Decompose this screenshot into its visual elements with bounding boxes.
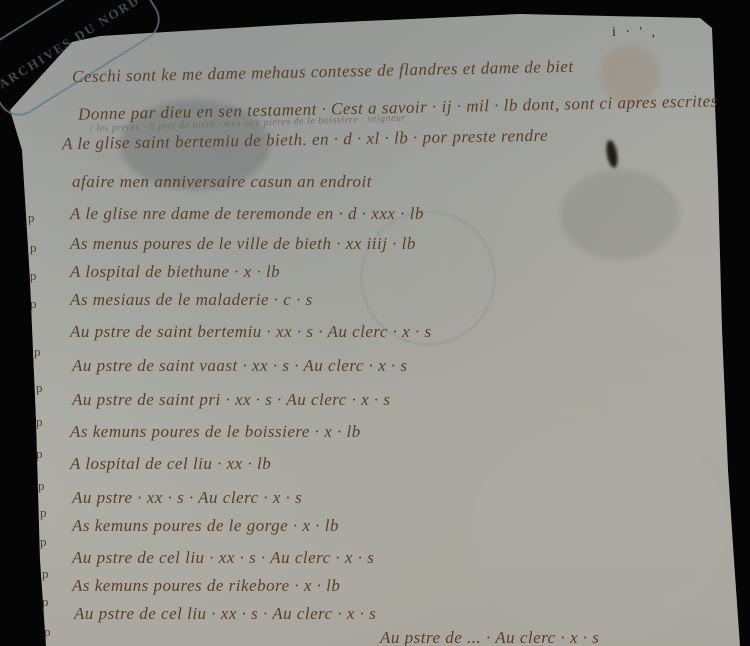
manuscript-line-11: Au pstre de saint pri · xx · s · Au cler… xyxy=(72,390,391,410)
manuscript-line-6: As menus poures de le ville de bieth · x… xyxy=(70,234,416,254)
manuscript-line-15: As kemuns poures de le gorge · x · lb xyxy=(72,516,339,536)
margin-marker: p xyxy=(40,505,47,521)
manuscript-line-16: Au pstre de cel liu · xx · s · Au clerc … xyxy=(72,548,374,568)
manuscript-photo: ARCHIVES DU NORD i · ' , Ceschi sont ke … xyxy=(0,0,750,646)
margin-marker: p xyxy=(30,268,37,284)
stain xyxy=(560,170,680,260)
manuscript-line-8: As mesiaus de le maladerie · c · s xyxy=(70,290,313,310)
manuscript-line-18: Au pstre de cel liu · xx · s · Au clerc … xyxy=(74,604,376,624)
manuscript-line-10: Au pstre de saint vaast · xx · s · Au cl… xyxy=(72,356,408,376)
margin-marker: p xyxy=(42,566,49,582)
manuscript-line-4: afaire men anniversaire casun an endroit xyxy=(72,172,372,192)
margin-marker: p xyxy=(36,446,43,462)
manuscript-line-17: As kemuns poures de rikebore · x · lb xyxy=(72,576,340,596)
margin-marker: p xyxy=(40,534,47,550)
margin-marker: p xyxy=(44,624,51,640)
manuscript-line-7: A lospital de biethune · x · lb xyxy=(70,262,280,282)
margin-marker: p xyxy=(28,210,35,226)
manuscript-line-14: Au pstre · xx · s · Au clerc · x · s xyxy=(72,488,302,508)
margin-marker: p xyxy=(38,478,45,494)
stain xyxy=(470,420,730,640)
margin-marker: p xyxy=(34,344,41,360)
margin-marker: p xyxy=(36,380,43,396)
corner-marks: i · ' , xyxy=(612,25,658,41)
margin-marker: p xyxy=(36,414,43,430)
manuscript-line-9: Au pstre de saint bertemiu · xx · s · Au… xyxy=(70,322,432,342)
manuscript-line-12: As kemuns poures de le boissiere · x · l… xyxy=(70,422,361,442)
margin-marker: p xyxy=(30,240,37,256)
manuscript-line-5: A le glise nre dame de teremonde en · d … xyxy=(70,204,424,224)
manuscript-line-19: Au pstre de ... · Au clerc · x · s xyxy=(380,628,599,646)
manuscript-line-13: A lospital de cel liu · xx · lb xyxy=(70,454,271,474)
margin-marker: p xyxy=(30,296,37,312)
margin-marker: p xyxy=(42,594,49,610)
